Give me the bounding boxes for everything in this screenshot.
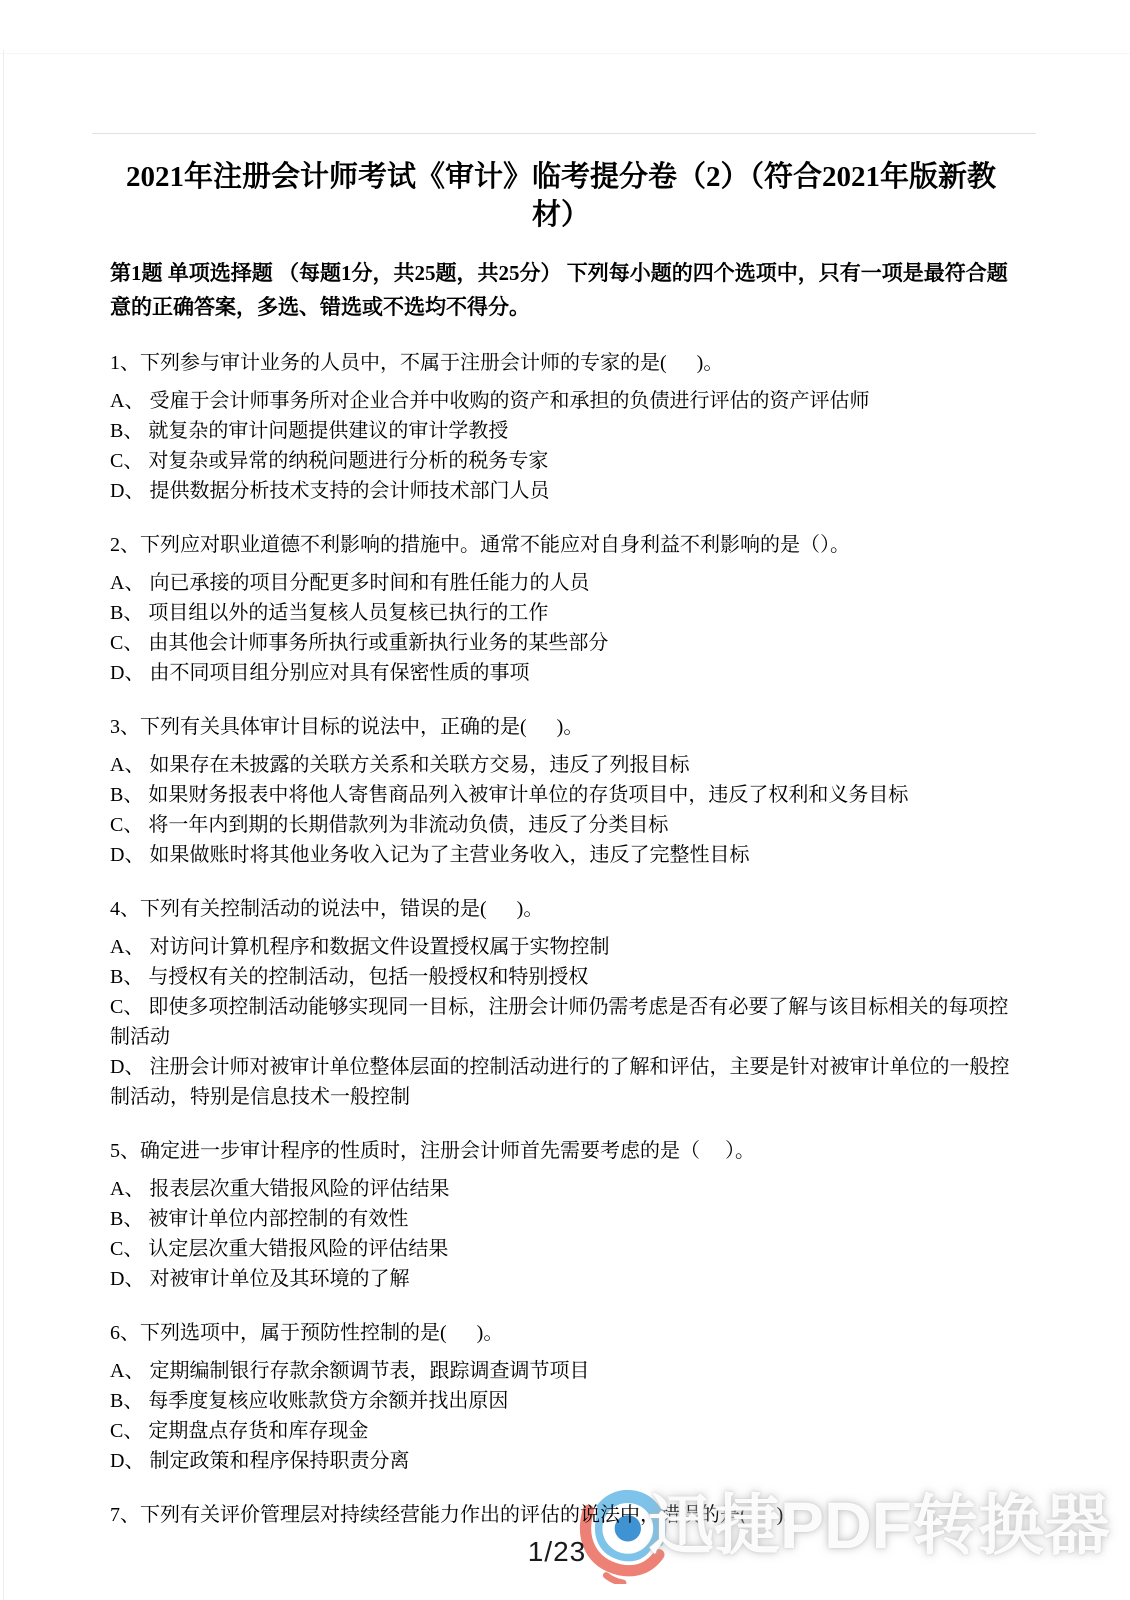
question-1-option-a: A、 受雇于会计师事务所对企业合并中收购的资产和承担的负债进行评估的资产评估师 — [110, 386, 1012, 416]
question-4-option-a: A、 对访问计算机程序和数据文件设置授权属于实物控制 — [110, 932, 1012, 962]
page-top-band — [0, 0, 1130, 54]
question-3-option-a: A、 如果存在未披露的关联方关系和关联方交易，违反了列报目标 — [110, 750, 1012, 780]
question-1: 1、下列参与审计业务的人员中，不属于注册会计师的专家的是( )。 A、 受雇于会… — [110, 348, 1012, 506]
question-2-option-c: C、 由其他会计师事务所执行或重新执行业务的某些部分 — [110, 628, 1012, 658]
section-header: 第1题 单项选择题 （每题1分，共25题，共25分） 下列每小题的四个选项中，只… — [110, 256, 1012, 324]
question-6-option-d: D、 制定政策和程序保持职责分离 — [110, 1446, 1012, 1476]
question-4-text: 4、下列有关控制活动的说法中，错误的是( )。 — [110, 894, 1012, 924]
question-5-text: 5、确定进一步审计程序的性质时，注册会计师首先需要考虑的是（ ）。 — [110, 1136, 1012, 1166]
document-page: 2021年注册会计师考试《审计》临考提分卷（2）（符合2021年版新教材） 第1… — [110, 158, 1012, 1538]
question-5-option-a: A、 报表层次重大错报风险的评估结果 — [110, 1174, 1012, 1204]
question-4: 4、下列有关控制活动的说法中，错误的是( )。 A、 对访问计算机程序和数据文件… — [110, 894, 1012, 1112]
question-3-option-c: C、 将一年内到期的长期借款列为非流动负债，违反了分类目标 — [110, 810, 1012, 840]
question-5: 5、确定进一步审计程序的性质时，注册会计师首先需要考虑的是（ ）。 A、 报表层… — [110, 1136, 1012, 1294]
question-2-option-d: D、 由不同项目组分别应对具有保密性质的事项 — [110, 658, 1012, 688]
question-1-option-b: B、 就复杂的审计问题提供建议的审计学教授 — [110, 416, 1012, 446]
question-2-option-b: B、 项目组以外的适当复核人员复核已执行的工作 — [110, 598, 1012, 628]
question-2-option-a: A、 向已承接的项目分配更多时间和有胜任能力的人员 — [110, 568, 1012, 598]
question-3-option-b: B、 如果财务报表中将他人寄售商品列入被审计单位的存货项目中，违反了权利和义务目… — [110, 780, 1012, 810]
question-6-text: 6、下列选项中，属于预防性控制的是( )。 — [110, 1318, 1012, 1348]
page-title: 2021年注册会计师考试《审计》临考提分卷（2）（符合2021年版新教材） — [110, 158, 1012, 234]
question-6-option-c: C、 定期盘点存货和库存现金 — [110, 1416, 1012, 1446]
question-5-option-d: D、 对被审计单位及其环境的了解 — [110, 1264, 1012, 1294]
question-3-text: 3、下列有关具体审计目标的说法中，正确的是( )。 — [110, 712, 1012, 742]
question-3: 3、下列有关具体审计目标的说法中，正确的是( )。 A、 如果存在未披露的关联方… — [110, 712, 1012, 870]
question-2: 2、下列应对职业道德不利影响的措施中。通常不能应对自身利益不利影响的是（）。 A… — [110, 530, 1012, 688]
question-4-option-b: B、 与授权有关的控制活动，包括一般授权和特别授权 — [110, 962, 1012, 992]
question-2-text: 2、下列应对职业道德不利影响的措施中。通常不能应对自身利益不利影响的是（）。 — [110, 530, 1012, 560]
question-6-option-a: A、 定期编制银行存款余额调节表，跟踪调查调节项目 — [110, 1356, 1012, 1386]
header-divider — [92, 133, 1036, 134]
question-4-option-c: C、 即使多项控制活动能够实现同一目标，注册会计师仍需考虑是否有必要了解与该目标… — [110, 992, 1012, 1052]
question-5-option-c: C、 认定层次重大错报风险的评估结果 — [110, 1234, 1012, 1264]
question-4-option-d: D、 注册会计师对被审计单位整体层面的控制活动进行的了解和评估，主要是针对被审计… — [110, 1052, 1012, 1112]
question-1-text: 1、下列参与审计业务的人员中，不属于注册会计师的专家的是( )。 — [110, 348, 1012, 378]
question-6: 6、下列选项中，属于预防性控制的是( )。 A、 定期编制银行存款余额调节表，跟… — [110, 1318, 1012, 1476]
question-3-option-d: D、 如果做账时将其他业务收入记为了主营业务收入，违反了完整性目标 — [110, 840, 1012, 870]
question-6-option-b: B、 每季度复核应收账款贷方余额并找出原因 — [110, 1386, 1012, 1416]
question-1-option-c: C、 对复杂或异常的纳税问题进行分析的税务专家 — [110, 446, 1012, 476]
question-5-option-b: B、 被审计单位内部控制的有效性 — [110, 1204, 1012, 1234]
question-1-option-d: D、 提供数据分析技术支持的会计师技术部门人员 — [110, 476, 1012, 506]
page-left-edge — [3, 50, 4, 1600]
watermark-text: 迅捷PDF转换器 — [648, 1492, 1110, 1558]
